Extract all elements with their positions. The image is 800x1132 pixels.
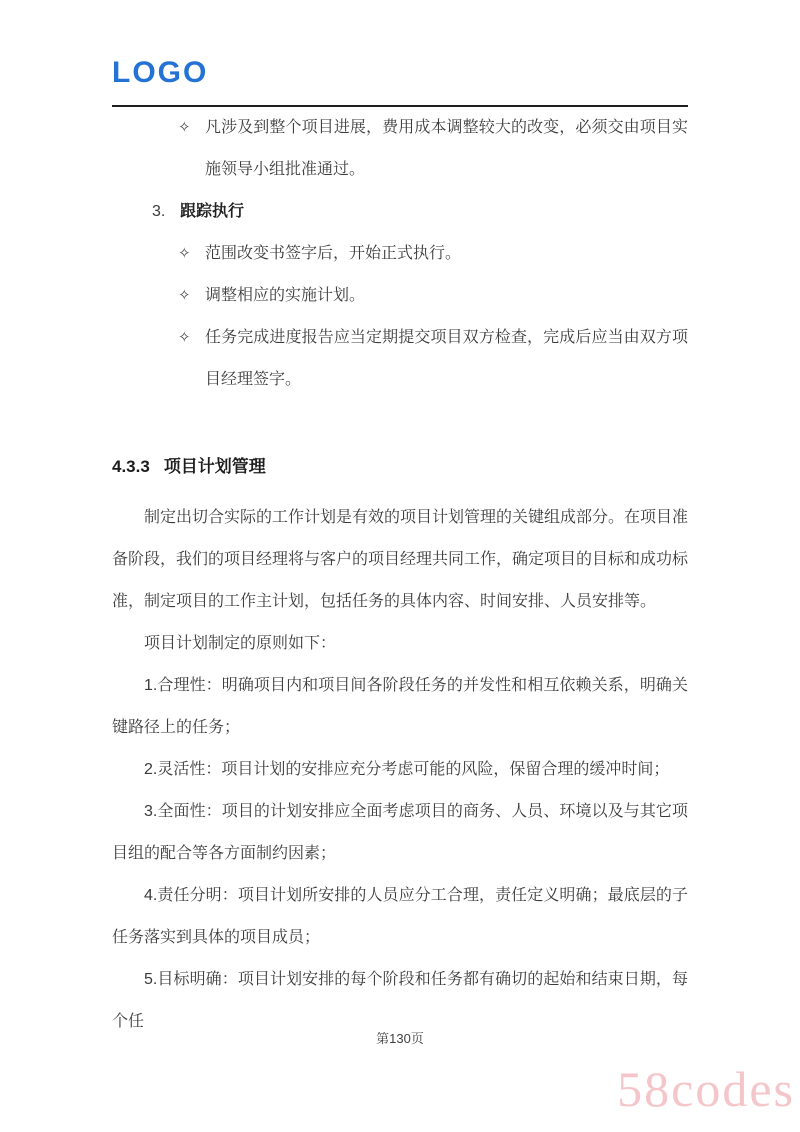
section-number: 4.3.3 [112, 457, 150, 476]
list-item: ✧ 任务完成进度报告应当定期提交项目双方检查，完成后应当由双方项目经理签字。 [112, 317, 688, 401]
section-heading: 4.3.3项目计划管理 [112, 455, 688, 479]
paragraph: 4.责任分明：项目计划所安排的人员应分工合理，责任定义明确；最底层的子任务落实到… [112, 875, 688, 959]
diamond-bullet-icon: ✧ [178, 107, 191, 149]
list-item-title: 跟踪执行 [180, 203, 244, 220]
paragraph: 1.合理性：明确项目内和项目间各阶段任务的并发性和相互依赖关系，明确关键路径上的… [112, 665, 688, 749]
list-item: ✧ 范围改变书签字后，开始正式执行。 [112, 233, 688, 275]
section-title: 项目计划管理 [164, 457, 266, 476]
document-page: LOGO ✧ 凡涉及到整个项目进展，费用成本调整较大的改变，必须交由项目实施领导… [0, 0, 800, 1132]
list-item-text: 调整相应的实施计划。 [205, 287, 365, 304]
company-logo: LOGO [112, 56, 688, 90]
list-item: ✧ 凡涉及到整个项目进展，费用成本调整较大的改变，必须交由项目实施领导小组批准通… [112, 107, 688, 191]
list-item-text: 凡涉及到整个项目进展，费用成本调整较大的改变，必须交由项目实施领导小组批准通过。 [205, 119, 688, 178]
diamond-bullet-icon: ✧ [178, 317, 191, 359]
list-item-text: 范围改变书签字后，开始正式执行。 [205, 245, 461, 262]
diamond-bullet-icon: ✧ [178, 275, 191, 317]
paragraph: 制定出切合实际的工作计划是有效的项目计划管理的关键组成部分。在项目准备阶段，我们… [112, 497, 688, 623]
page-header: LOGO [112, 56, 688, 107]
paragraph: 3.全面性：项目的计划安排应全面考虑项目的商务、人员、环境以及与其它项目组的配合… [112, 791, 688, 875]
document-body: ✧ 凡涉及到整个项目进展，费用成本调整较大的改变，必须交由项目实施领导小组批准通… [112, 107, 688, 1043]
list-item-text: 任务完成进度报告应当定期提交项目双方检查，完成后应当由双方项目经理签字。 [205, 329, 688, 388]
page-number: 第130页 [0, 1028, 800, 1047]
list-item: ✧ 调整相应的实施计划。 [112, 275, 688, 317]
content-column: LOGO ✧ 凡涉及到整个项目进展，费用成本调整较大的改变，必须交由项目实施领导… [112, 0, 688, 1043]
paragraph: 项目计划制定的原则如下： [112, 623, 688, 665]
paragraph: 2.灵活性：项目计划的安排应充分考虑可能的风险，保留合理的缓冲时间； [112, 749, 688, 791]
list-number: 3. [152, 191, 180, 233]
numbered-list-item: 3.跟踪执行 [112, 191, 688, 233]
watermark: 58codes [617, 1060, 795, 1118]
diamond-bullet-icon: ✧ [178, 233, 191, 275]
